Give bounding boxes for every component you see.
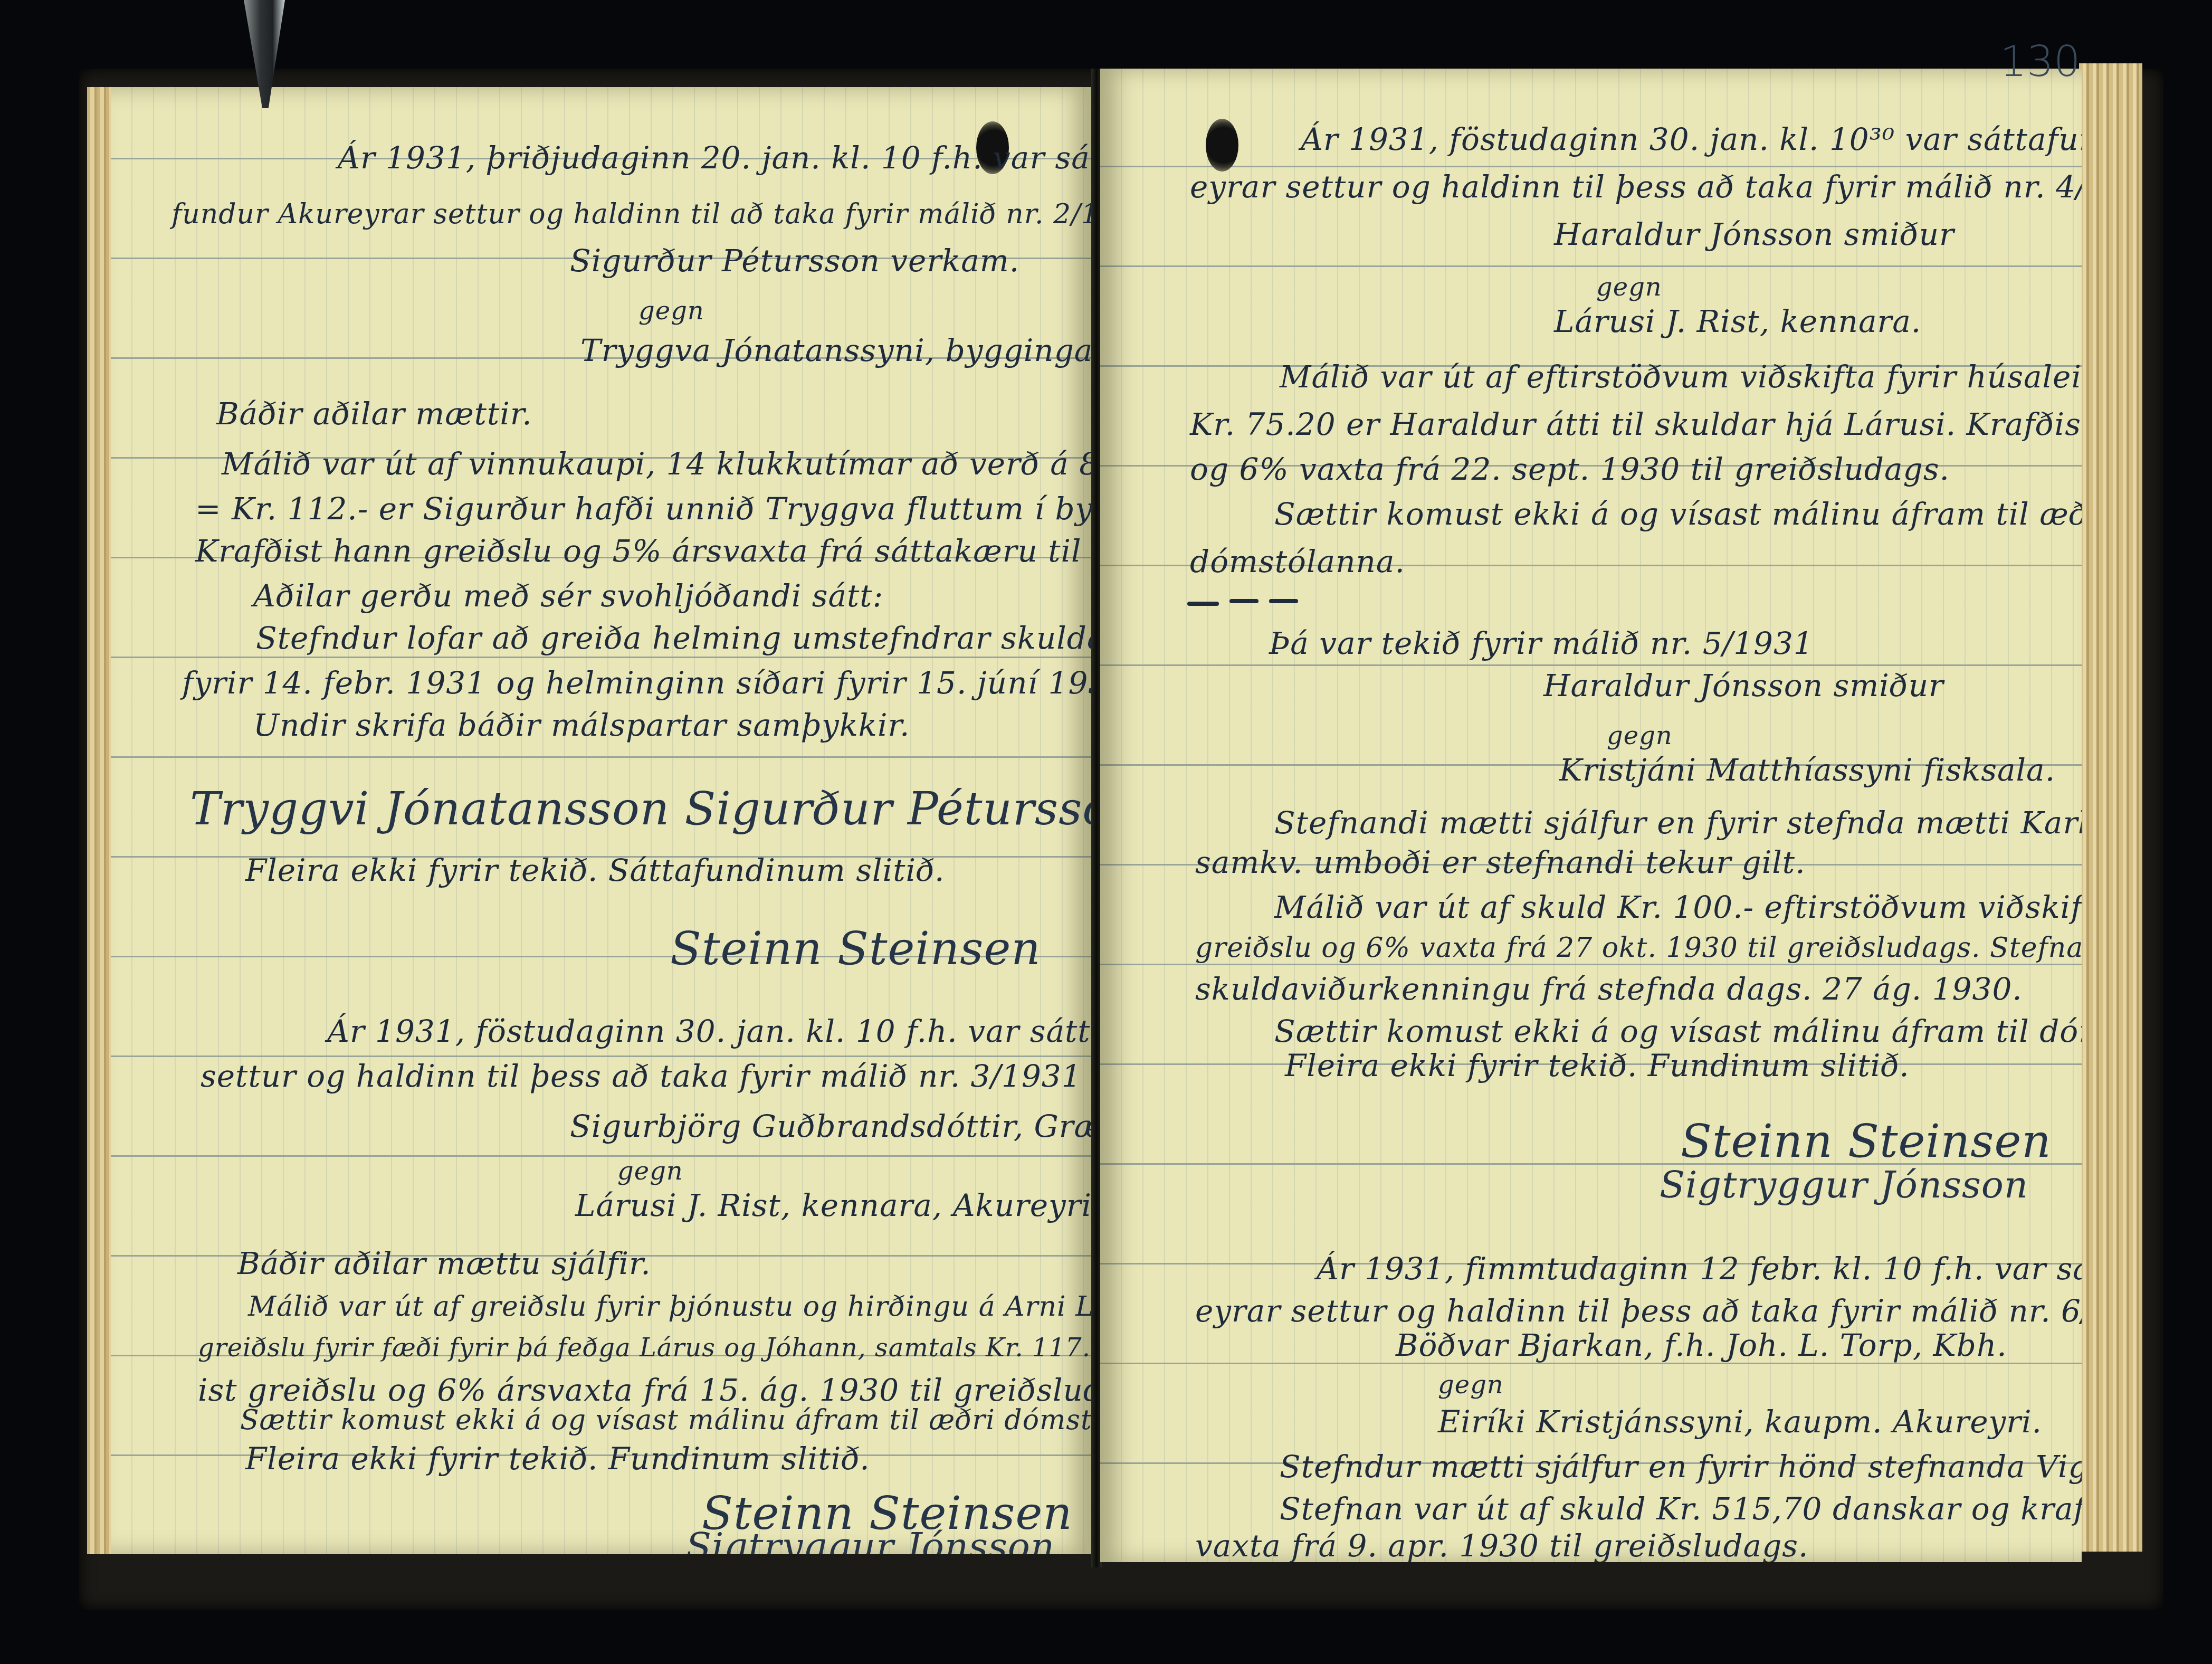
- versus-label: gegn: [1438, 1372, 1504, 1397]
- versus-label: gegn: [1596, 274, 1662, 300]
- plaintiff-name: Sigurbjörg Guðbrandsdóttir, Grænugötu 17: [570, 1111, 1092, 1142]
- left-page: Ár 1931, þriðjudaginn 20. jan. kl. 10 f.…: [111, 87, 1092, 1554]
- binder-hole: [1206, 119, 1238, 172]
- entry-text: Stefndur mætti sjálfur en fyrir hönd ste…: [1280, 1451, 2082, 1482]
- entry-text: Undir skrifa báðir málspartar samþykkir.: [253, 710, 910, 740]
- entry-text: fundur Akureyrar settur og haldinn til a…: [171, 201, 1092, 228]
- separator-dash: [1269, 599, 1298, 603]
- entry-text: skuldaviðurkenningu frá stefnda dags. 27…: [1195, 974, 2023, 1004]
- entry-text: Sættir komust ekki á og vísast málinu áf…: [1274, 499, 2082, 529]
- entry-text: Málið var út af vinnukaupi, 14 klukkutím…: [222, 449, 1092, 479]
- plaintiff-name: Sigurður Pétursson verkam.: [570, 245, 1019, 276]
- entry-text: vaxta frá 9. apr. 1930 til greiðsludags.: [1195, 1530, 1809, 1561]
- entry-text: samkv. umboði er stefnandi tekur gilt.: [1195, 847, 1806, 878]
- entry-text: Stefnan var út af skuld Kr. 515,70 dansk…: [1280, 1494, 2082, 1524]
- separator-dash: [1187, 602, 1219, 606]
- separator-dash: [1229, 599, 1258, 603]
- defendant-name: Tryggva Jónatanssyni, byggingameistara.: [580, 335, 1092, 366]
- entry-text: greiðslu og 6% vaxta frá 27 okt. 1930 ti…: [1195, 934, 2082, 962]
- entry-text: fyrir 14. febr. 1931 og helminginn síðar…: [182, 668, 1092, 698]
- entry-text: Fleira ekki fyrir tekið. Fundinum slitið…: [245, 1443, 870, 1474]
- scan-background: Ár 1931, þriðjudaginn 20. jan. kl. 10 f.…: [0, 0, 2212, 1664]
- entry-text: Báðir aðilar mættir.: [216, 398, 532, 429]
- entry-text: Málið var út af eftirstöðvum viðskifta f…: [1280, 362, 2082, 392]
- entry-text: eyrar settur og haldinn til þess að taka…: [1190, 172, 2082, 202]
- entry-text: Ár 1931, föstudaginn 30. jan. kl. 10³⁰ v…: [1301, 124, 2082, 155]
- entry-text: Stefnandi mætti sjálfur en fyrir stefnda…: [1274, 807, 2082, 838]
- entry-text: Ár 1931, þriðjudaginn 20. jan. kl. 10 f.…: [338, 142, 1092, 173]
- versus-label: gegn: [617, 1158, 683, 1184]
- entry-text: Sættir komust ekki á og vísast málinu áf…: [1274, 1016, 2082, 1047]
- defendant-name: Lárusi J. Rist, kennara.: [1554, 306, 1921, 337]
- page-number: 130: [2000, 37, 2081, 86]
- mediator-signature: Steinn Steinsen: [1681, 1119, 2052, 1164]
- versus-label: gegn: [638, 298, 704, 324]
- entry-text: Ár 1931, föstudaginn 30. jan. kl. 10 f.h…: [327, 1016, 1092, 1047]
- entry-text: dómstólanna.: [1190, 546, 1405, 577]
- entry-text: Kr. 75.20 er Haraldur átti til skuldar h…: [1190, 409, 2082, 440]
- entry-text: = Kr. 112.- er Sigurður hafði unnið Tryg…: [195, 493, 1092, 524]
- entry-text: Sættir komust ekki á og vísast málinu áf…: [240, 1406, 1092, 1434]
- defendant-name: Kristjáni Matthíassyni fisksala.: [1559, 755, 2055, 785]
- entry-text: Fleira ekki fyrir tekið. Sáttafundinum s…: [245, 855, 945, 886]
- entry-text: Krafðist hann greiðslu og 5% ársvaxta fr…: [195, 536, 1092, 566]
- mediator-signature: Steinn Steinsen: [670, 926, 1041, 972]
- plaintiff-name: Haraldur Jónsson smiður: [1554, 219, 1954, 250]
- entry-text: Ár 1931, fimmtudaginn 12 febr. kl. 10 f.…: [1317, 1253, 2082, 1284]
- plaintiff-name: Haraldur Jónsson smiður: [1543, 670, 1944, 701]
- witness-signature: Sigtryggur Jónsson: [686, 1528, 1055, 1554]
- entry-text: Báðir aðilar mættu sjálfir.: [237, 1248, 651, 1279]
- entry-text: settur og haldinn til þess að taka fyrir…: [201, 1061, 1082, 1091]
- entry-text: Fleira ekki fyrir tekið. Fundinum slitið…: [1285, 1050, 1910, 1081]
- entry-text: Þá var tekið fyrir málið nr. 5/1931: [1269, 628, 1814, 659]
- entry-text: greiðslu fyrir fæði fyrir þá feðga Lárus…: [198, 1335, 1092, 1361]
- entry-text: Málið var út af skuld Kr. 100.- eftirstö…: [1274, 892, 2082, 923]
- witness-signature: Sigtryggur Jónsson: [1660, 1166, 2028, 1203]
- entry-text: Málið var út af greiðslu fyrir þjónustu …: [248, 1293, 1092, 1320]
- versus-label: gegn: [1607, 723, 1673, 748]
- page-edges-right: [2079, 63, 2142, 1552]
- entry-text: Aðilar gerðu með sér svohljóðandi sátt:: [253, 581, 883, 611]
- party-signatures: Tryggvi Jónatansson Sigurður Pétursson: [190, 786, 1092, 832]
- defendant-name: Lárusi J. Rist, kennara, Akureyri.: [575, 1190, 1092, 1221]
- entry-text: eyrar settur og haldinn til þess að taka…: [1195, 1296, 2082, 1326]
- defendant-name: Eiríki Kristjánssyni, kaupm. Akureyri.: [1438, 1406, 2042, 1437]
- right-page: Ár 1931, föstudaginn 30. jan. kl. 10³⁰ v…: [1100, 69, 2082, 1562]
- entry-text: og 6% vaxta frá 22. sept. 1930 til greið…: [1190, 454, 1950, 484]
- entry-text: Stefndur lofar að greiða helming umstefn…: [256, 623, 1092, 653]
- entry-text: ist greiðslu og 6% ársvaxta frá 15. ág. …: [198, 1375, 1092, 1405]
- plaintiff-name: Böðvar Bjarkan, f.h. Joh. L. Torp, Kbh.: [1396, 1330, 2007, 1361]
